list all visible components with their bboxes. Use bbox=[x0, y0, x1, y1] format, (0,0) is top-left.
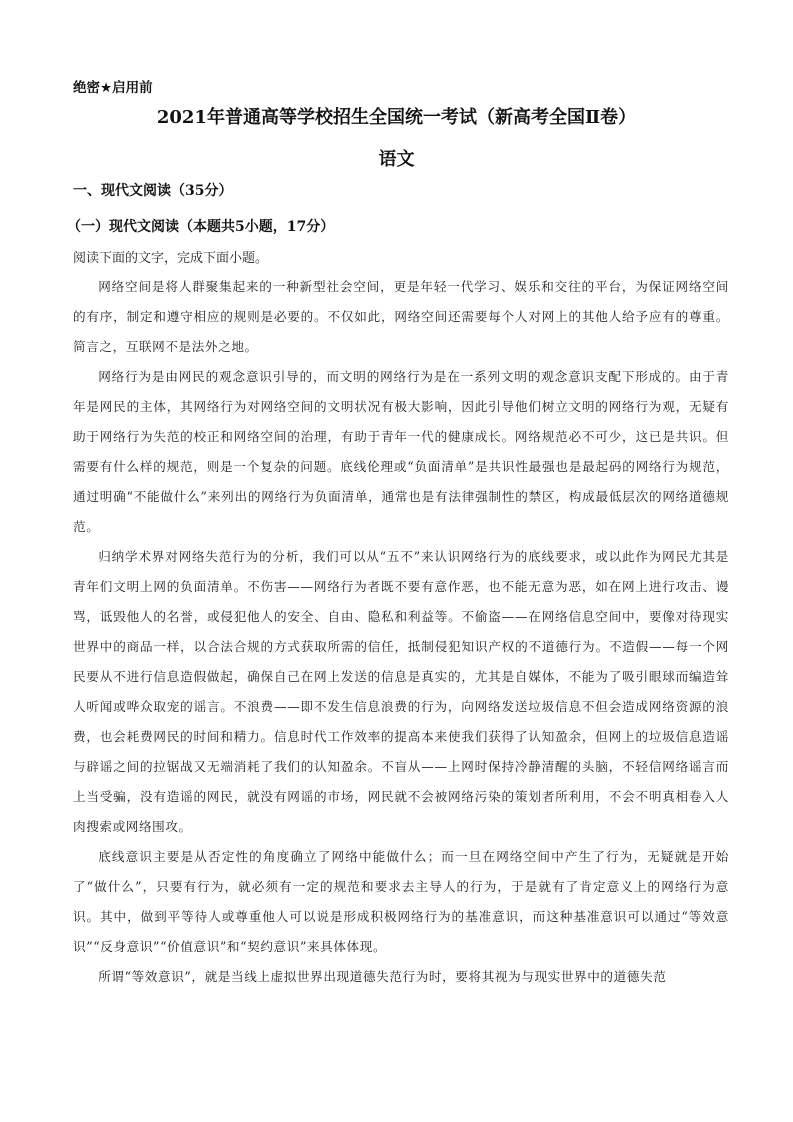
passage-paragraph: 归纳学术界对网络失范行为的分析，我们可以从“五不”来认识网络行为的底线要求，或以… bbox=[73, 542, 729, 842]
reading-instruction: 阅读下面的文字，完成下面小题。 bbox=[73, 247, 268, 266]
passage-paragraph: 所谓“等效意识”，就是当线上虚拟世界出现道德失范行为时，要将其视为与现实世界中的… bbox=[73, 962, 729, 992]
exam-title: 2021年普通高等学校招生全国统一考试（新高考全国Ⅱ卷） bbox=[0, 103, 793, 129]
sub-heading: （一）现代文阅读（本题共5小题，17分） bbox=[67, 216, 334, 236]
confidential-mark: 绝密★启用前 bbox=[73, 76, 153, 96]
passage-paragraph: 网络行为是由网民的观念意识引导的，而文明的网络行为是在一系列文明的观念意识支配下… bbox=[73, 362, 729, 542]
passage-paragraph: 网络空间是将人群聚集起来的一种新型社会空间，更是年轻一代学习、娱乐和交往的平台，… bbox=[73, 272, 729, 362]
reading-passage: 网络空间是将人群聚集起来的一种新型社会空间，更是年轻一代学习、娱乐和交往的平台，… bbox=[73, 272, 729, 992]
passage-paragraph: 底线意识主要是从否定性的角度确立了网络中能做什么；而一旦在网络空间中产生了行为，… bbox=[73, 842, 729, 962]
part-heading: 一、现代文阅读（35分） bbox=[73, 180, 232, 200]
subject-title: 语文 bbox=[0, 145, 793, 171]
